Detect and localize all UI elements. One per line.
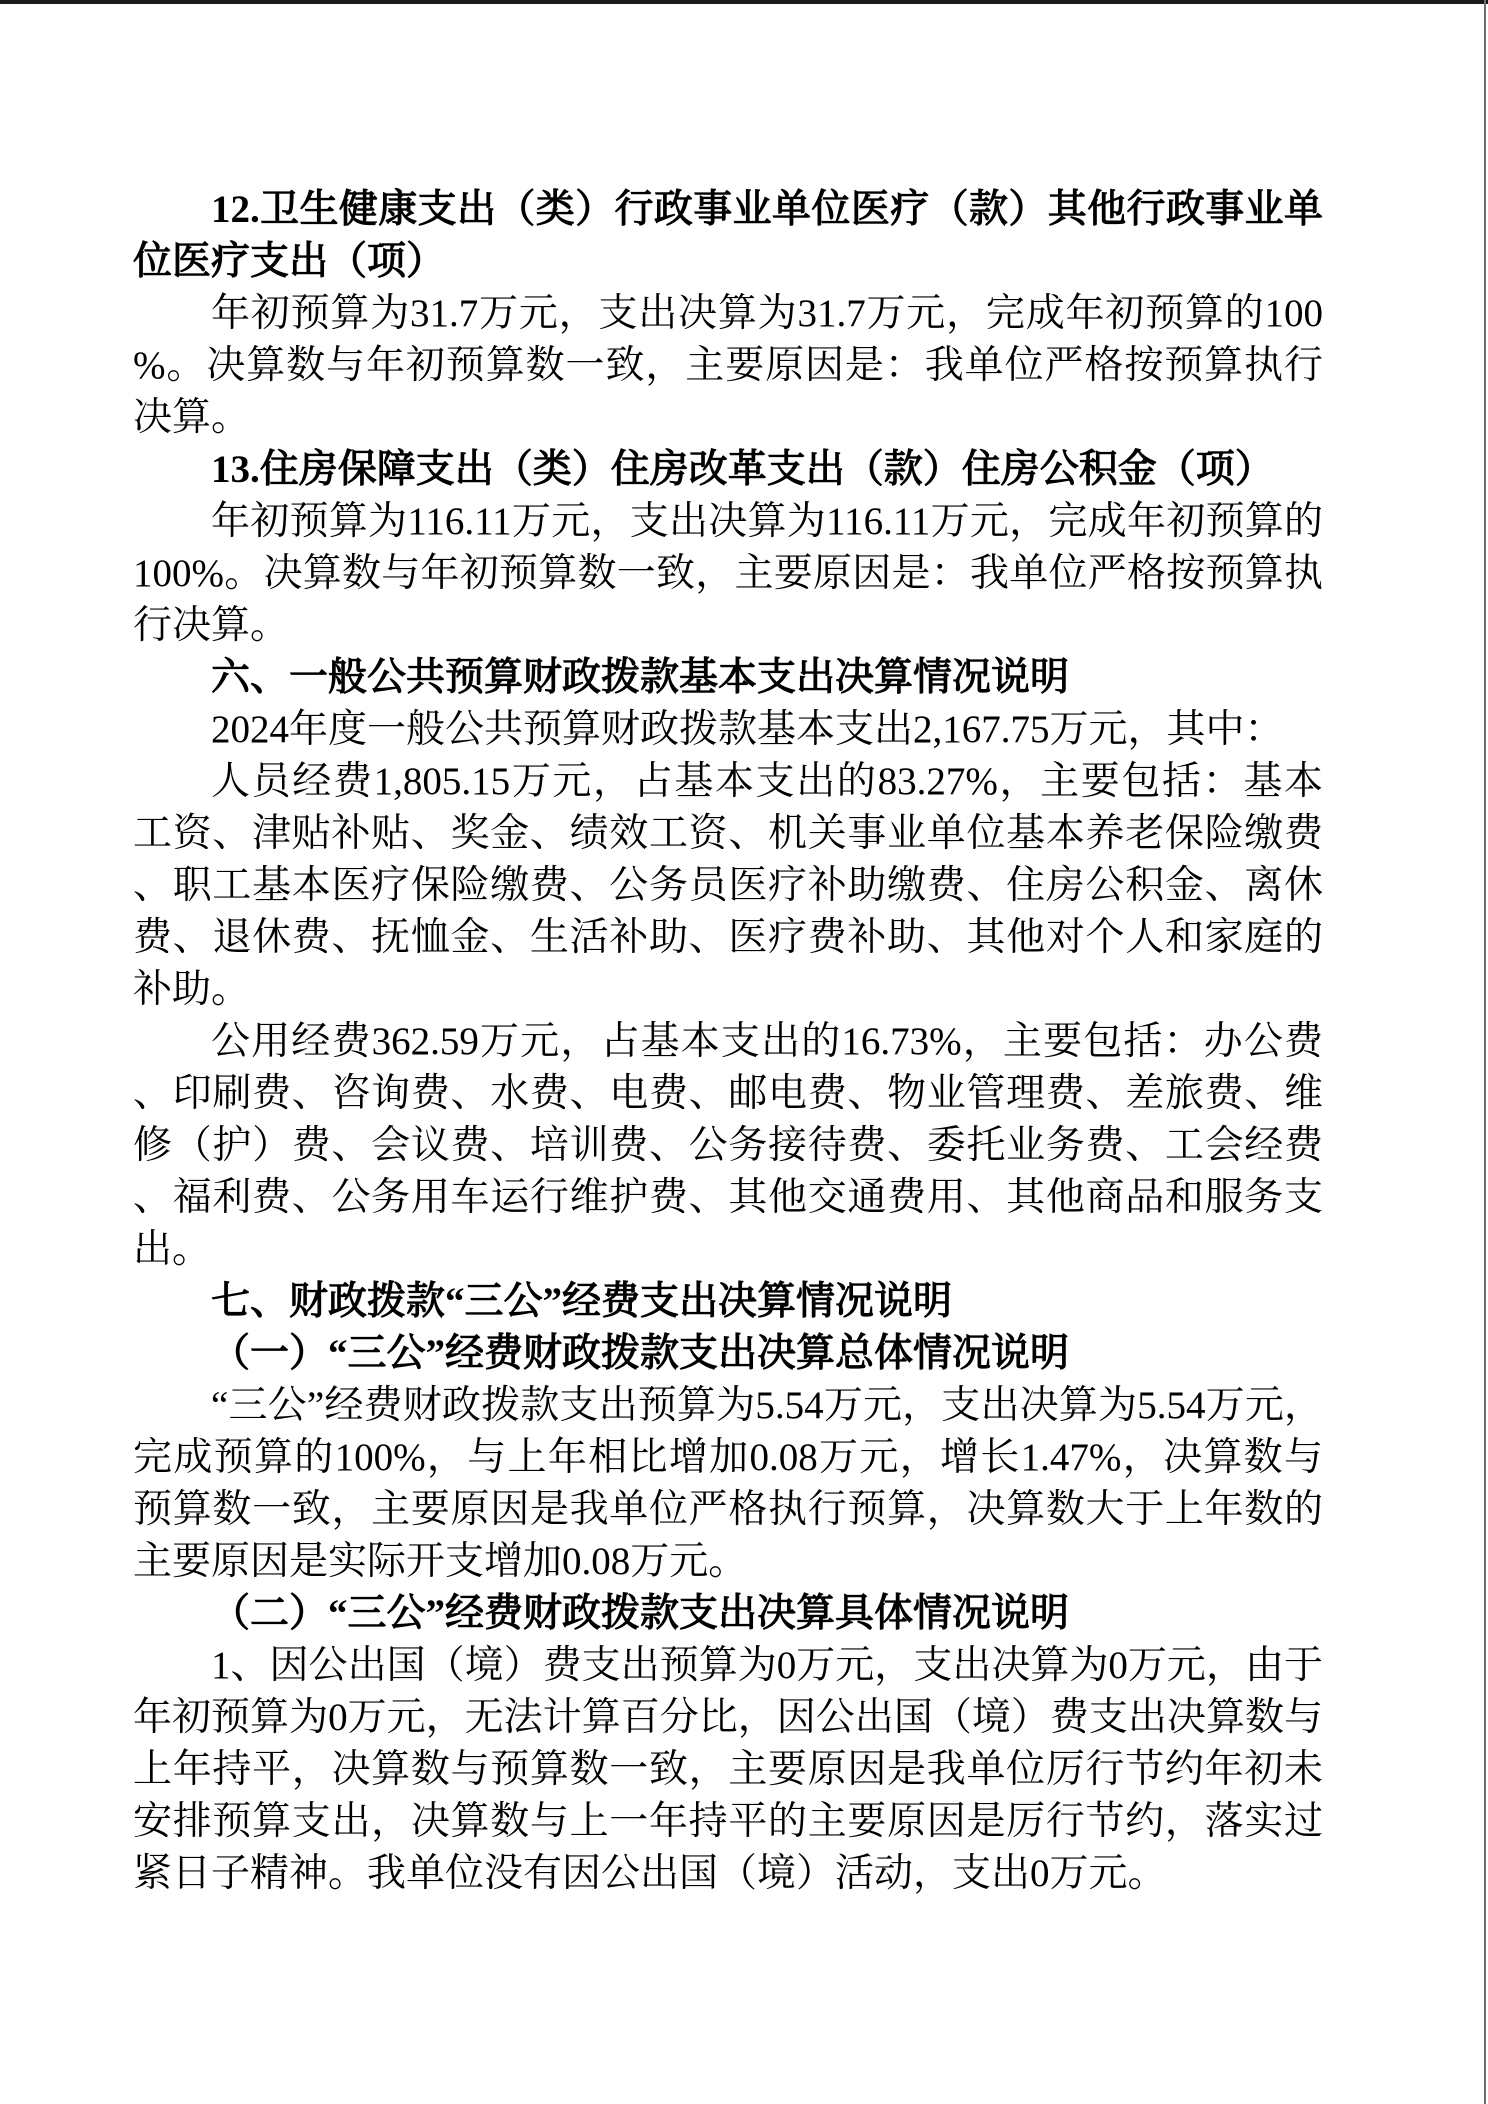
page: { "page": { "background_color": "#ffffff… [0,0,1488,2104]
heading-7-2-specific-situation: （二）“三公”经费财政拨款支出决算具体情况说明 [133,1588,1323,1640]
heading-7-1-overall-situation: （一）“三公”经费财政拨款支出决算总体情况说明 [133,1328,1323,1380]
paragraph-three-public-overall: “三公”经费财政拨款支出预算为5.54万元，支出决算为5.54万元，完成预算的1… [133,1380,1323,1588]
paragraph-public-funds: 公用经费362.59万元，占基本支出的16.73%，主要包括：办公费、印刷费、咨… [133,1016,1323,1276]
top-border [0,0,1488,4]
right-border [1484,0,1486,2104]
heading-housing-expenditure-13: 13.住房保障支出（类）住房改革支出（款）住房公积金（项） [133,444,1323,496]
paragraph-housing-expenditure-detail: 年初预算为116.11万元，支出决算为116.11万元，完成年初预算的100%。… [133,496,1323,652]
heading-section-6-basic-expenditure: 六、一般公共预算财政拨款基本支出决算情况说明 [133,652,1323,704]
heading-health-expenditure-12: 12.卫生健康支出（类）行政事业单位医疗（款）其他行政事业单位医疗支出（项） [133,184,1323,288]
paragraph-health-expenditure-detail: 年初预算为31.7万元，支出决算为31.7万元，完成年初预算的100%。决算数与… [133,288,1323,444]
document-body: 12.卫生健康支出（类）行政事业单位医疗（款）其他行政事业单位医疗支出（项） 年… [133,184,1323,1900]
paragraph-basic-expenditure-total: 2024年度一般公共预算财政拨款基本支出2,167.75万元，其中： [133,704,1323,756]
heading-section-7-three-public-funds: 七、财政拨款“三公”经费支出决算情况说明 [133,1276,1323,1328]
paragraph-overseas-travel-expense: 1、因公出国（境）费支出预算为0万元，支出决算为0万元，由于年初预算为0万元，无… [133,1640,1323,1900]
paragraph-personnel-funds: 人员经费1,805.15万元，占基本支出的83.27%，主要包括：基本工资、津贴… [133,756,1323,1016]
